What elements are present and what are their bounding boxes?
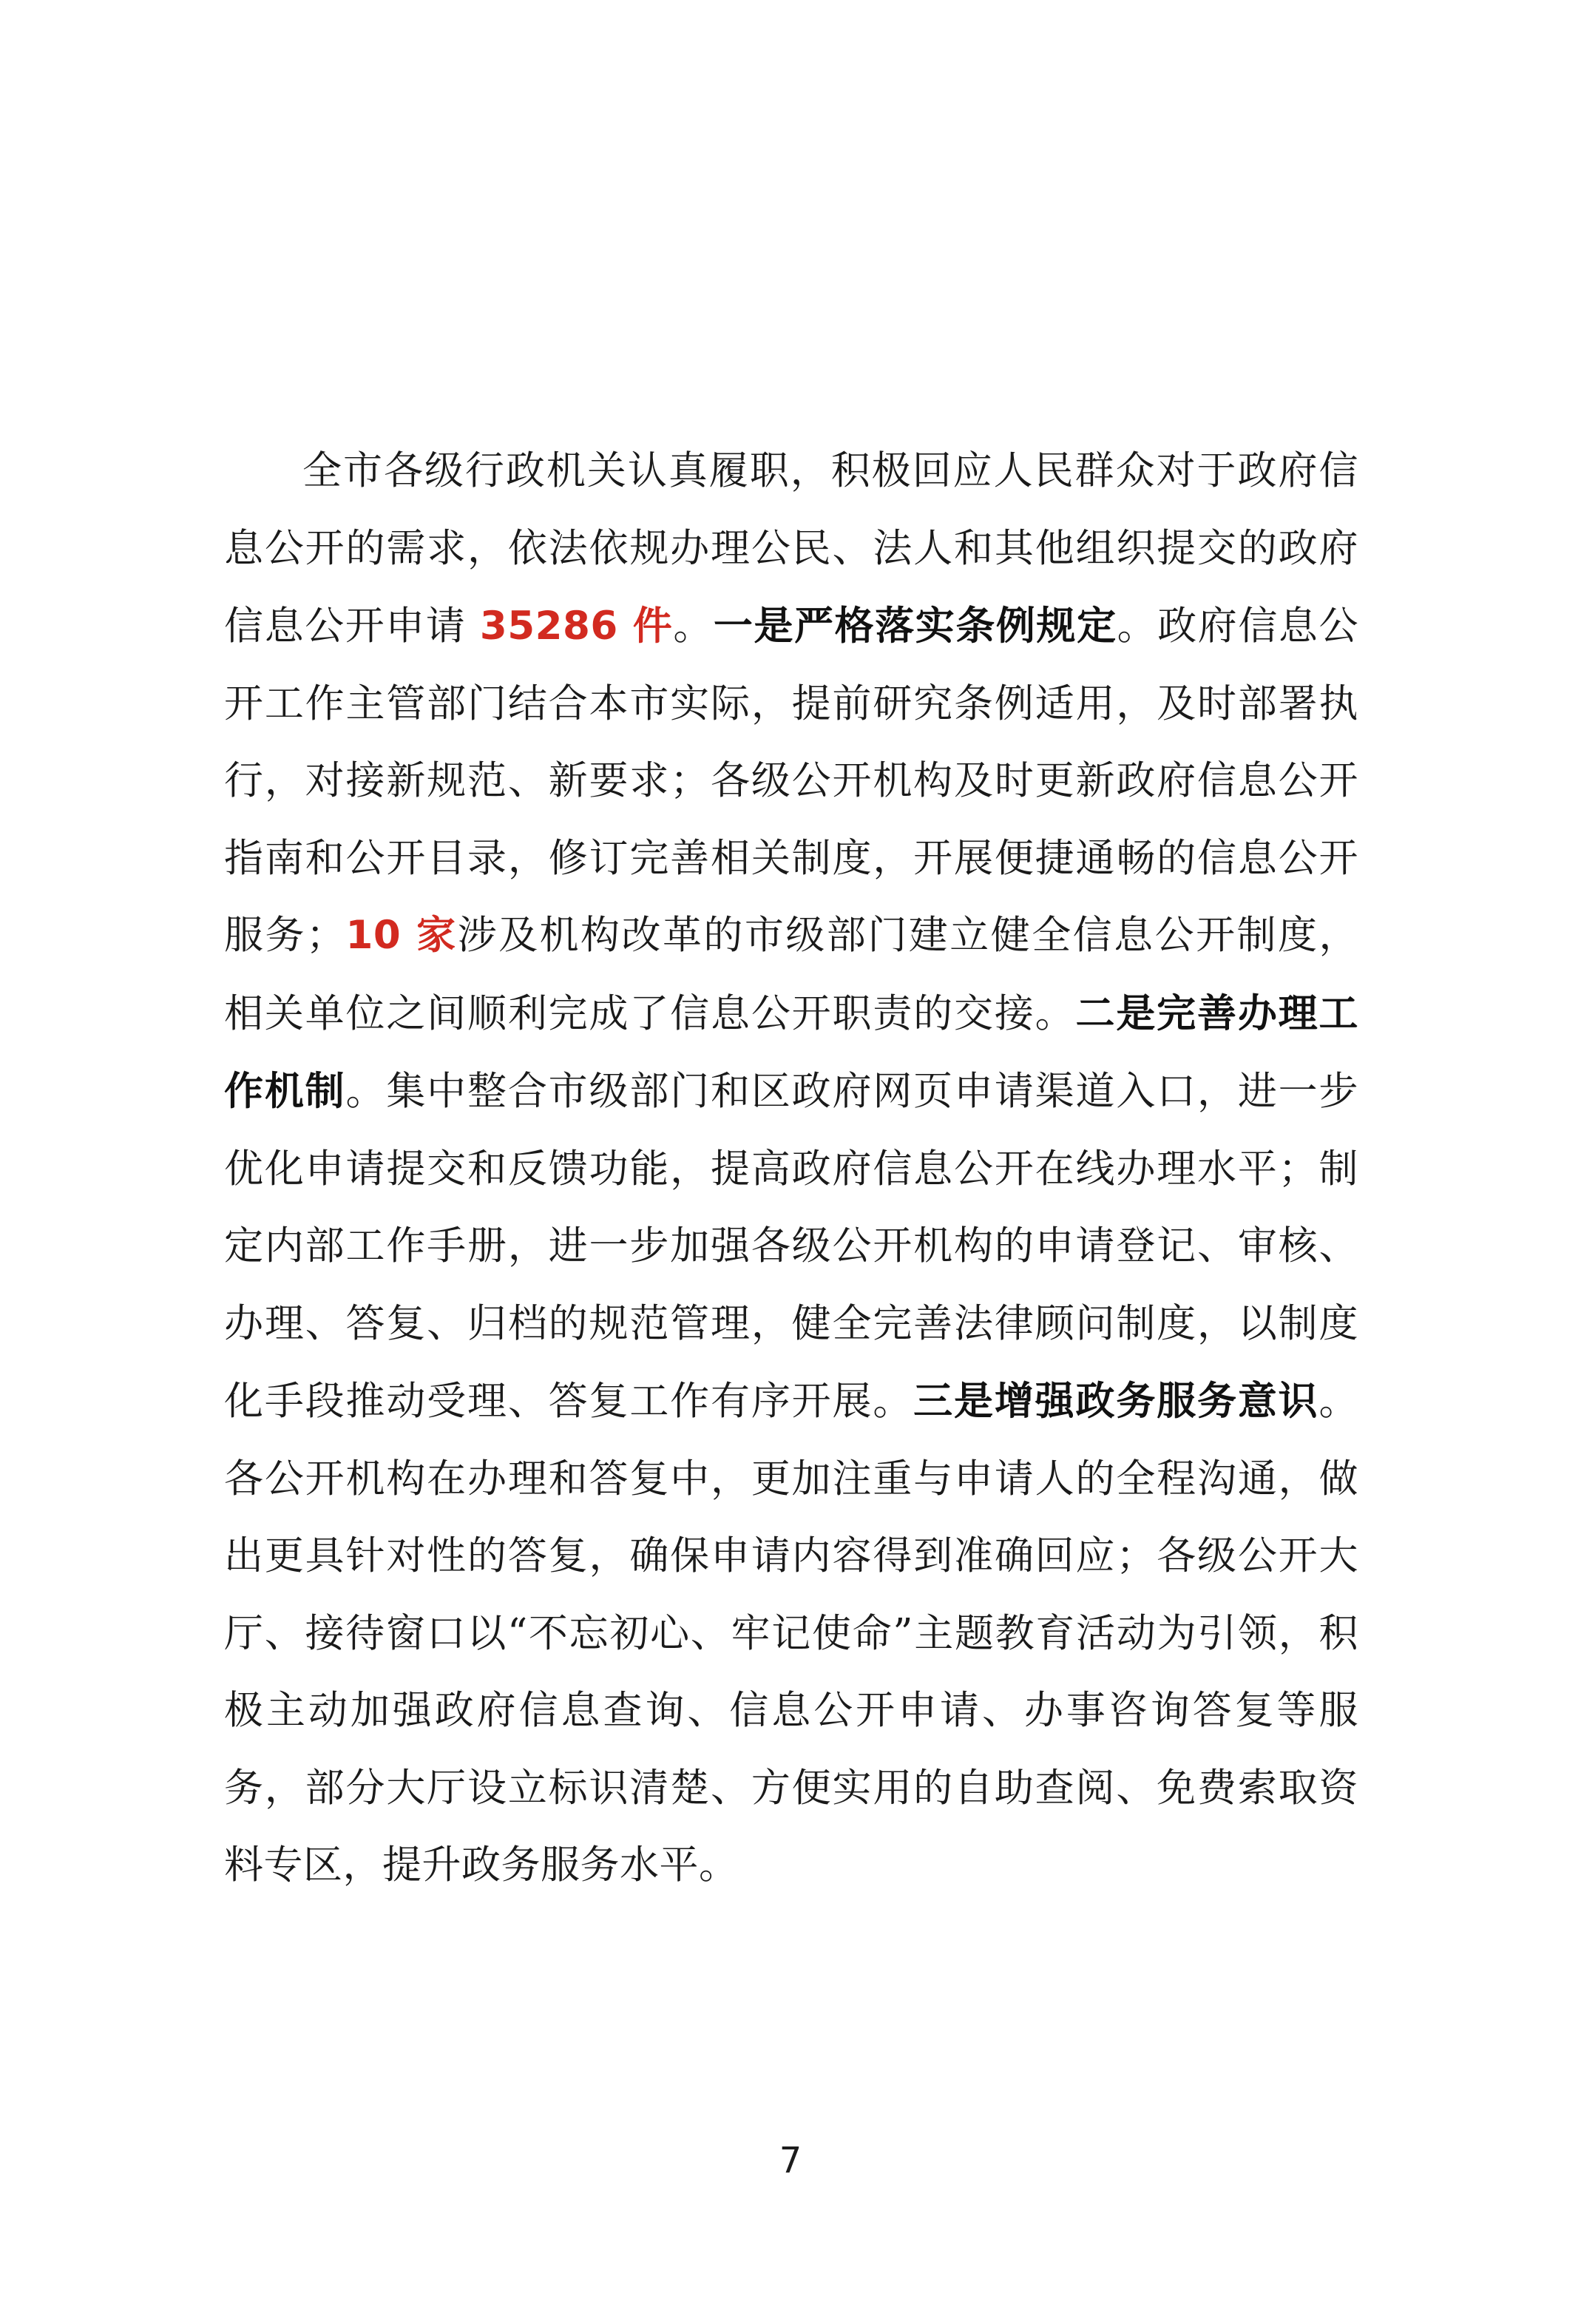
section-heading-third: 三是增强政务服务意识 (913, 1378, 1318, 1424)
body-paragraph: 全市各级行政机关认真履职，积极回应人民群众对于政府信息公开的需求，依法依规办理公… (224, 433, 1358, 1905)
paragraph-run-section-second-body: 。集中整合市级部门和区政府网页申请渠道入口，进一步优化申请提交和反馈功能，提高政… (224, 1069, 1358, 1424)
page-number: 7 (0, 2140, 1581, 2181)
stat-reformed-departments-count: 10 家 (345, 913, 457, 958)
section-heading-first: 一是严格落实条例规定 (714, 603, 1117, 649)
document-page: 全市各级行政机关认真履职，积极回应人民群众对于政府信息公开的需求，依法依规办理公… (0, 0, 1581, 2324)
paragraph-run-section-third-body: 。各公开机构在办理和答复中，更加注重与申请人的全程沟通，做出更具针对性的答复，确… (224, 1379, 1358, 1888)
paragraph-run-section-first-body: 。政府信息公开工作主管部门结合本市实际，提前研究条例适用，及时部署执行，对接新规… (224, 604, 1358, 958)
stat-applications-count: 35286 件 (480, 604, 673, 649)
paragraph-run-period: 。 (673, 604, 714, 649)
